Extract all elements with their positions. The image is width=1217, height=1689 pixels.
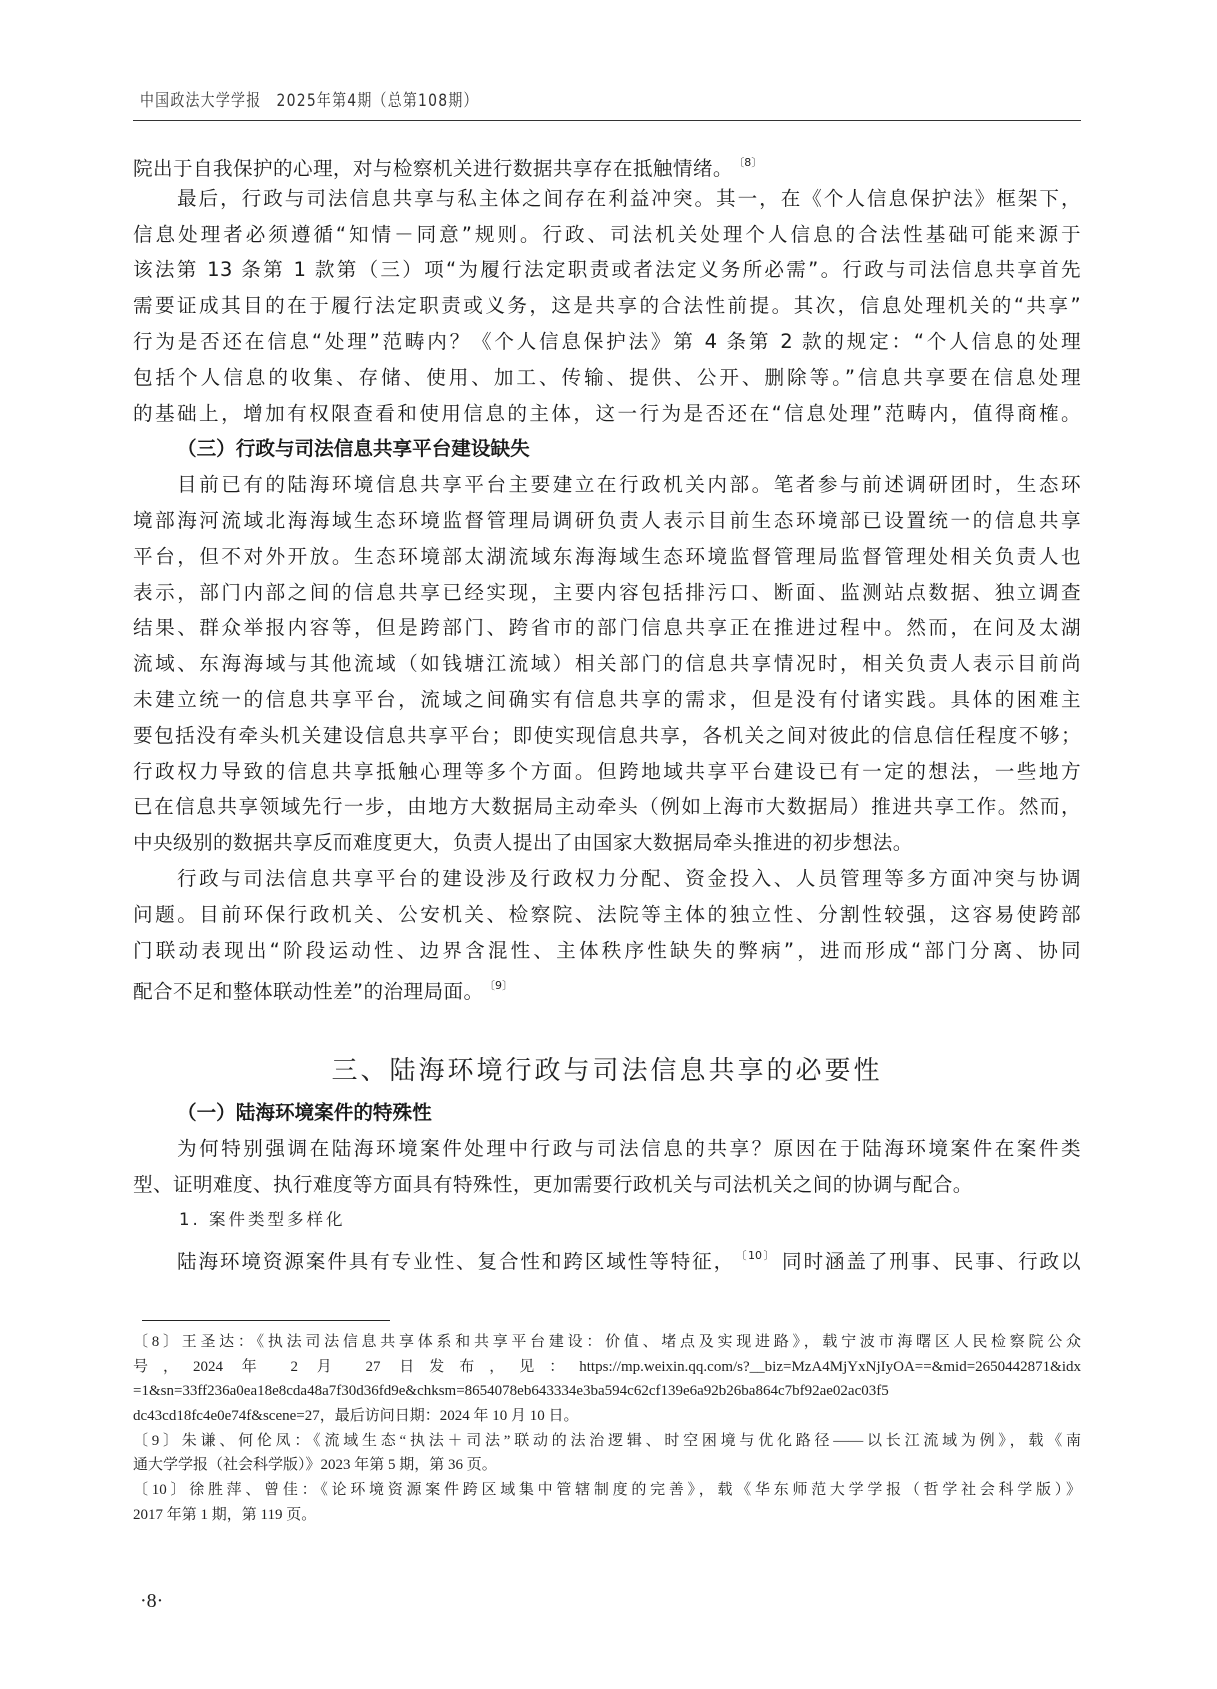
- subheading-case-specificity: （一）陆海环境案件的特殊性: [133, 1095, 1081, 1131]
- footnote-ref-9[interactable]: 〔9〕: [489, 979, 513, 992]
- section-title: 三、陆海环境行政与司法信息共享的必要性: [133, 1050, 1081, 1087]
- footnote-ref-8[interactable]: 〔8〕: [739, 156, 763, 169]
- paragraph-platform-status: 目前已有的陆海环境信息共享平台主要建立在行政机关内部。笔者参与前述调研团时，生态…: [133, 467, 1081, 861]
- subheading-platform-deficiency: （三）行政与司法信息共享平台建设缺失: [133, 431, 1081, 467]
- paragraph-continuation: 院出于自我保护的心理，对与检察机关进行数据共享存在抵触情绪。〔8〕: [133, 145, 1081, 181]
- footnote-10: 〔10〕徐胜萍、曾佳：《论环境资源案件跨区域集中管辖制度的完善》，载《华东师范大…: [133, 1478, 1081, 1527]
- section-3-body: （一）陆海环境案件的特殊性 为何特别强调在陆海环境案件处理中行政与司法信息的共享…: [133, 1095, 1081, 1274]
- page-number: ·8·: [140, 1590, 163, 1613]
- footnote-9: 〔9〕朱谦、何伦凤：《流域生态“执法＋司法”联动的法治逻辑、时空困境与优化路径—…: [133, 1429, 1081, 1478]
- header-rule: [133, 120, 1081, 121]
- footnote-8: 〔8〕王圣达：《执法司法信息共享体系和共享平台建设：价值、堵点及实现进路》，载宁…: [133, 1330, 1081, 1429]
- item-heading-case-types: 1. 案件类型多样化: [133, 1202, 1081, 1238]
- journal-page: 中国政法大学学报 2025年第4期（总第108期） 院出于自我保护的心理，对与检…: [0, 0, 1217, 1689]
- body-text-top: 院出于自我保护的心理，对与检察机关进行数据共享存在抵触情绪。〔8〕 最后，行政与…: [133, 145, 1081, 1004]
- running-head: 中国政法大学学报 2025年第4期（总第108期）: [140, 86, 479, 111]
- paragraph-intro: 为何特别强调在陆海环境案件处理中行政与司法信息的共享？原因在于陆海环境案件在案件…: [133, 1131, 1081, 1203]
- paragraph-interest-conflict: 最后，行政与司法信息共享与私主体之间存在利益冲突。其一，在《个人信息保护法》框架…: [133, 181, 1081, 432]
- footnotes: 〔8〕王圣达：《执法司法信息共享体系和共享平台建设：价值、堵点及实现进路》，载宁…: [133, 1330, 1081, 1528]
- footnote-rule: [142, 1320, 390, 1321]
- footnote-ref-10[interactable]: 〔10〕: [741, 1249, 776, 1262]
- paragraph-case-types: 陆海环境资源案件具有专业性、复合性和跨区域性等特征，〔10〕同时涵盖了刑事、民事…: [133, 1238, 1081, 1274]
- paragraph-coordination-conflicts: 行政与司法信息共享平台的建设涉及行政权力分配、资金投入、人员管理等多方面冲突与协…: [133, 861, 1081, 1004]
